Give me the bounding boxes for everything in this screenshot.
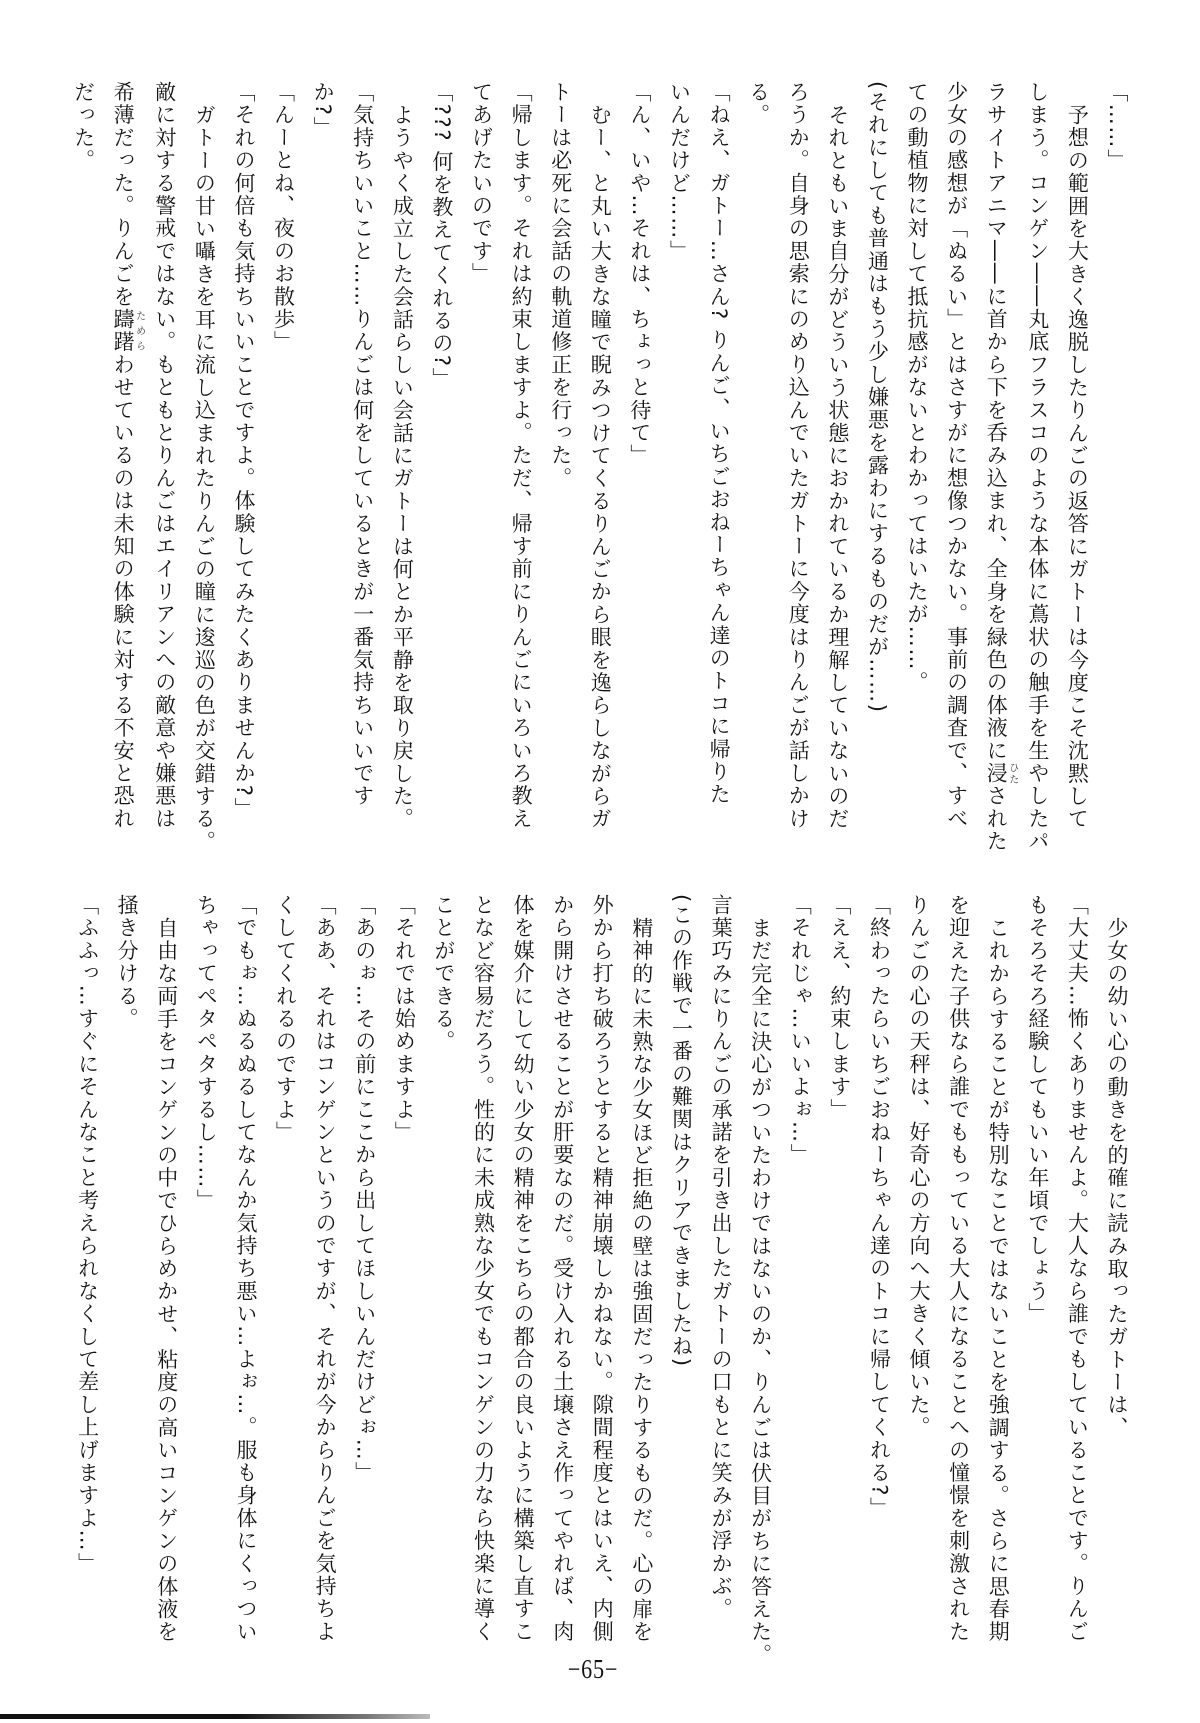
text-line: 精神的に未熟な少女ほど拒絶の壁は強固だったりするものだ。心の扉を xyxy=(621,894,661,1654)
text-line: 「終わったらいちごおねーちゃん達のトコに帰してくれる?」 xyxy=(859,894,899,1654)
text-line: むー、と丸い大きな瞳で睨みつけてくるりんごから眼を逸らしながらガ xyxy=(580,81,620,841)
text-line: 「あのぉ…その前にここから出してほしいんだけどぉ…」 xyxy=(344,894,384,1654)
text-line: 少女の感想が「ぬるい」とはさすがに想像つかない。事前の調査で、すべ xyxy=(936,81,976,841)
text-line: 「??? 何を教えてくれるの?」 xyxy=(421,81,461,841)
ruby-text: ひた xyxy=(1007,762,1018,785)
text-segment: ラサイトアニマ――に首から下を呑み込まれ、全身を緑色の体液に xyxy=(984,81,1008,762)
text-line: 「……」 xyxy=(1096,81,1136,841)
text-line: だった。 xyxy=(63,81,103,841)
text-line: 「ええ、約束します」 xyxy=(819,894,859,1654)
text-line: 体を媒介にして幼い少女の精神をこちらの都合の良いように構築し直すこ xyxy=(503,894,543,1654)
text-line: まだ完全に決心がついたわけではないのか、りんごは伏目がちに答えた。 xyxy=(740,894,780,1654)
text-line: 「ん、いや…それは、ちょっと待て」 xyxy=(619,81,659,841)
text-line: 外から打ち破ろうとすると精神崩壊しかねない。隙間程度とはいえ、内側 xyxy=(582,894,622,1654)
text-line: ようやく成立した会話らしい会話にガトーは何とか平静を取り戻した。 xyxy=(382,81,422,841)
text-line: (この作戦で一番の難関はクリアできましたね) xyxy=(661,894,701,1654)
text-line: ことができる。 xyxy=(423,894,463,1654)
text-line: 「ああ、それはコンゲンというのですが、それが今からりんごを気持ちよ xyxy=(305,894,345,1654)
text-line: 「ねえ、ガトー…さん? りんご、いちごおねーちゃん達のトコに帰りた xyxy=(698,81,738,841)
text-line: 「それの何倍も気持ちいいことですよ。体験してみたくありませんか?」 xyxy=(223,81,263,841)
text-line: 「でもぉ…ぬるぬるしてなんか気持ち悪い…よぉ…。服も身体にくっつい xyxy=(225,894,265,1654)
text-line: くしてくれるのですよ」 xyxy=(265,894,305,1654)
text-line: 敵に対する警戒ではない。もともとりんごはエイリアンへの敵意や嫌悪は xyxy=(144,81,184,841)
text-line: てあげたいのです」 xyxy=(461,81,501,841)
text-line: もそろそろ経験してもいい年頃でしょう」 xyxy=(1017,894,1057,1654)
text-line: りんごの心の天秤は、好奇心の方向へ大きく傾いた。 xyxy=(898,894,938,1654)
text-line: これからすることが特別なことではないことを強調する。さらに思春期 xyxy=(978,894,1018,1654)
text-line-with-ruby: ラサイトアニマ――に首から下を呑み込まれ、全身を緑色の体液に浸ひたされた xyxy=(976,81,1018,841)
text-line: それともいま自分がどういう状態におかれているか理解していないのだ xyxy=(817,81,857,841)
text-line: (それにしても普通はもう少し嫌悪を露わにするものだが……) xyxy=(857,81,897,841)
text-segment: わせているのは未知の体験に対する不安と恐れ xyxy=(111,353,135,830)
text-line: 予想の範囲を大きく逸脱したりんごの返答にガトーは今度こそ沈黙して xyxy=(1057,81,1097,841)
text-line: 「帰します。それは約束しますよ。ただ、帰す前にりんごにいろいろ教え xyxy=(501,81,541,841)
lower-text-block: 少女の幼い心の動きを的確に読み取ったガトーは、 「大丈夫…怖くありませんよ。大人… xyxy=(66,894,1136,1654)
ruby-text: ためら xyxy=(134,308,145,353)
text-line: 「それでは始めますよ」 xyxy=(384,894,424,1654)
text-line: 「それじゃ…いいよぉ…」 xyxy=(780,894,820,1654)
text-segment: された xyxy=(984,785,1008,853)
text-line: ガトーの甘い囁きを耳に流し込まれたりんごの瞳に逡巡の色が交錯する。 xyxy=(184,81,224,841)
text-line: から開けさせることが肝要なのだ。受け入れる土壌さえ作ってやれば、肉 xyxy=(542,894,582,1654)
text-line: 自由な両手をコンゲンの中でひらめかせ、粘度の高いコンゲンの体液を xyxy=(146,894,186,1654)
text-line: 言葉巧みにりんごの承諾を引き出したガトーの口もとに笑みが浮かぶ。 xyxy=(700,894,740,1654)
book-page: 「……」 予想の範囲を大きく逸脱したりんごの返答にガトーは今度こそ沈黙して しま… xyxy=(0,0,1200,1723)
ruby-annotation: 浸ひた xyxy=(984,762,1008,785)
text-line: る。 xyxy=(738,81,778,841)
text-line: 「気持ちいいこと……りんごは何をしているときが一番気持ちいいです xyxy=(342,81,382,841)
upper-text-block: 「……」 予想の範囲を大きく逸脱したりんごの返答にガトーは今度こそ沈黙して しま… xyxy=(66,81,1136,841)
text-line: 「んーとね、夜のお散歩」 xyxy=(263,81,303,841)
text-line: トーは必死に会話の軌道修正を行った。 xyxy=(540,81,580,841)
text-line: ちゃってペタペタするし……」 xyxy=(186,894,226,1654)
scan-edge-line xyxy=(0,1714,430,1719)
text-line: ての動植物に対して抵抗感がないとわかってはいたが……。 xyxy=(896,81,936,841)
page-number: −65− xyxy=(511,1654,675,1685)
ruby-annotation: 躊躇ためら xyxy=(111,308,135,353)
text-line: 「大丈夫…怖くありませんよ。大人なら誰でもしていることです。りんご xyxy=(1057,894,1097,1654)
text-segment: 希薄だった。りんごを xyxy=(111,81,135,308)
text-line: いんだけど……」 xyxy=(659,81,699,841)
text-line: を迎えた子供なら誰でももっている大人になることへの憧憬を刺激された xyxy=(938,894,978,1654)
text-line-with-ruby: 希薄だった。りんごを躊躇ためらわせているのは未知の体験に対する不安と恐れ xyxy=(103,81,145,841)
text-line: ろうか。自身の思索にのめり込んでいたガトーに今度はりんごが話しかけ xyxy=(778,81,818,841)
text-line: 掻き分ける。 xyxy=(107,894,147,1654)
text-line: 「ふふっ…すぐにそんなこと考えられなくして差し上げますよ…」 xyxy=(67,894,107,1654)
text-line: か?」 xyxy=(303,81,343,841)
text-line: しまう。コンゲン――丸底フラスコのような本体に蔦状の触手を生やしたパ xyxy=(1017,81,1057,841)
text-line: となど容易だろう。性的に未成熟な少女でもコンゲンの力なら快楽に導く xyxy=(463,894,503,1654)
text-line: 少女の幼い心の動きを的確に読み取ったガトーは、 xyxy=(1096,894,1136,1654)
ruby-base: 躊躇 xyxy=(111,308,135,353)
ruby-base: 浸 xyxy=(984,762,1008,785)
